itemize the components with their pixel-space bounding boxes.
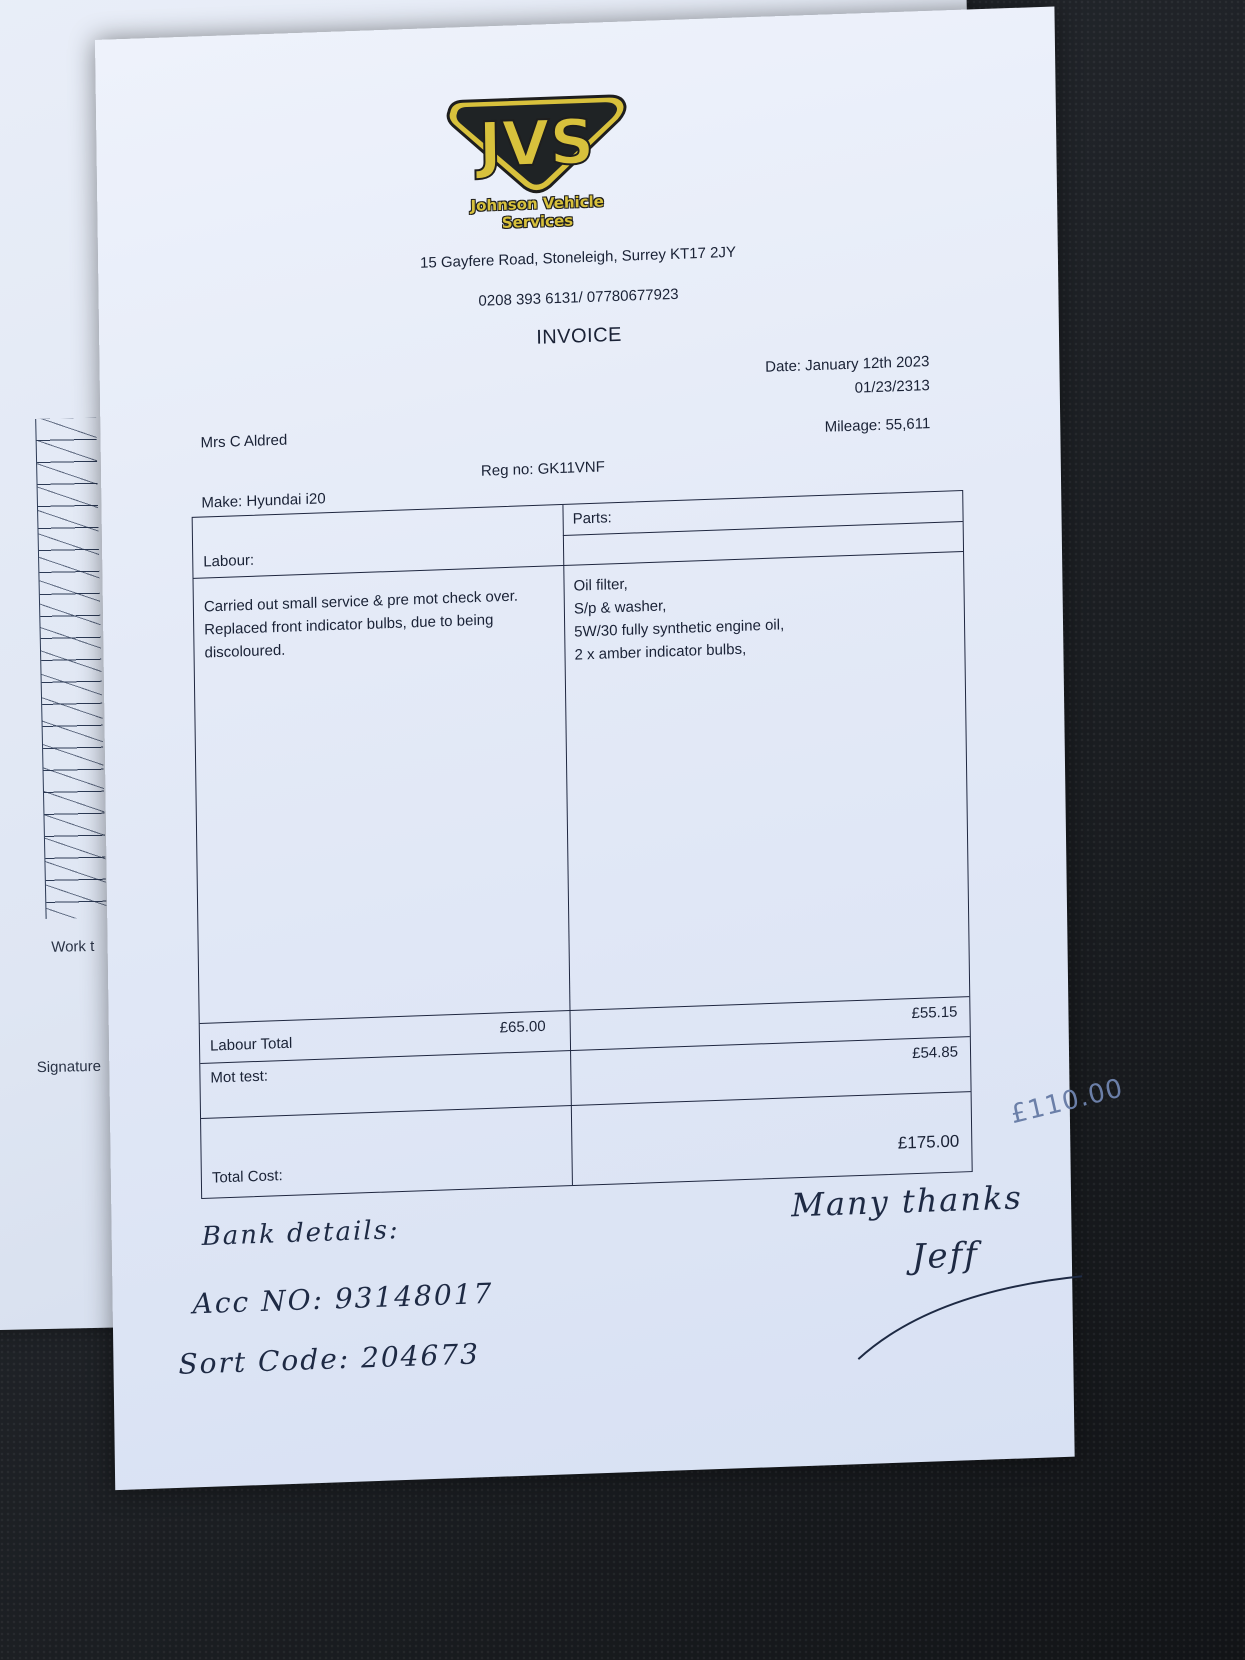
- invoice-table: Labour: Parts: Carried out small service…: [192, 490, 973, 1199]
- date-block: Date: January 12th 2023: [765, 353, 929, 376]
- work-label: Work t: [51, 938, 94, 956]
- labour-total-label: Labour Total: [210, 1035, 292, 1055]
- total-cost-label: Total Cost:: [212, 1167, 283, 1186]
- labour-description: Carried out small service & pre mot chec…: [204, 583, 560, 664]
- parts-header: Parts:: [573, 509, 612, 527]
- signature-flourish-icon: [852, 1266, 1093, 1364]
- bank-details-heading: Bank details:: [201, 1215, 399, 1252]
- parts-list: Oil filter, S/p & washer, 5W/30 fully sy…: [573, 561, 954, 666]
- account-number: Acc NO: 93148017: [192, 1277, 493, 1321]
- checklist-grid: [35, 418, 106, 919]
- total-cost-value: £175.00: [898, 1132, 960, 1154]
- labour-total-value: £65.00: [500, 1018, 546, 1037]
- signature-label: Signature: [37, 1058, 102, 1076]
- registration-number: Reg no: GK11VNF: [481, 458, 605, 479]
- vehicle-make: Make: Hyundai i20: [201, 490, 325, 511]
- mot-value: £54.85: [912, 1043, 958, 1062]
- invoice-reference: 01/23/2313: [855, 377, 930, 397]
- svg-text:JVS: JVS: [474, 105, 595, 182]
- company-logo: JVS Johnson Vehicle Services: [441, 91, 633, 238]
- invoice-sheet: JVS Johnson Vehicle Services 15 Gayfere …: [95, 6, 1075, 1490]
- customer-name: Mrs C Aldred: [200, 432, 287, 452]
- parts-total-value: £55.15: [911, 1003, 957, 1022]
- jvs-logo-icon: JVS: [441, 91, 632, 198]
- date-label: Date:: [765, 358, 801, 376]
- company-address: 15 Gayfere Road, Stoneleigh, Surrey KT17…: [98, 233, 1058, 284]
- mileage: Mileage: 55,611: [825, 415, 931, 436]
- sort-code: Sort Code: 204673: [178, 1337, 480, 1381]
- thanks-note: Many thanks: [791, 1178, 1023, 1224]
- labour-header: Labour:: [203, 552, 254, 571]
- date-value: January 12th 2023: [805, 353, 929, 374]
- mot-label: Mot test:: [210, 1068, 268, 1087]
